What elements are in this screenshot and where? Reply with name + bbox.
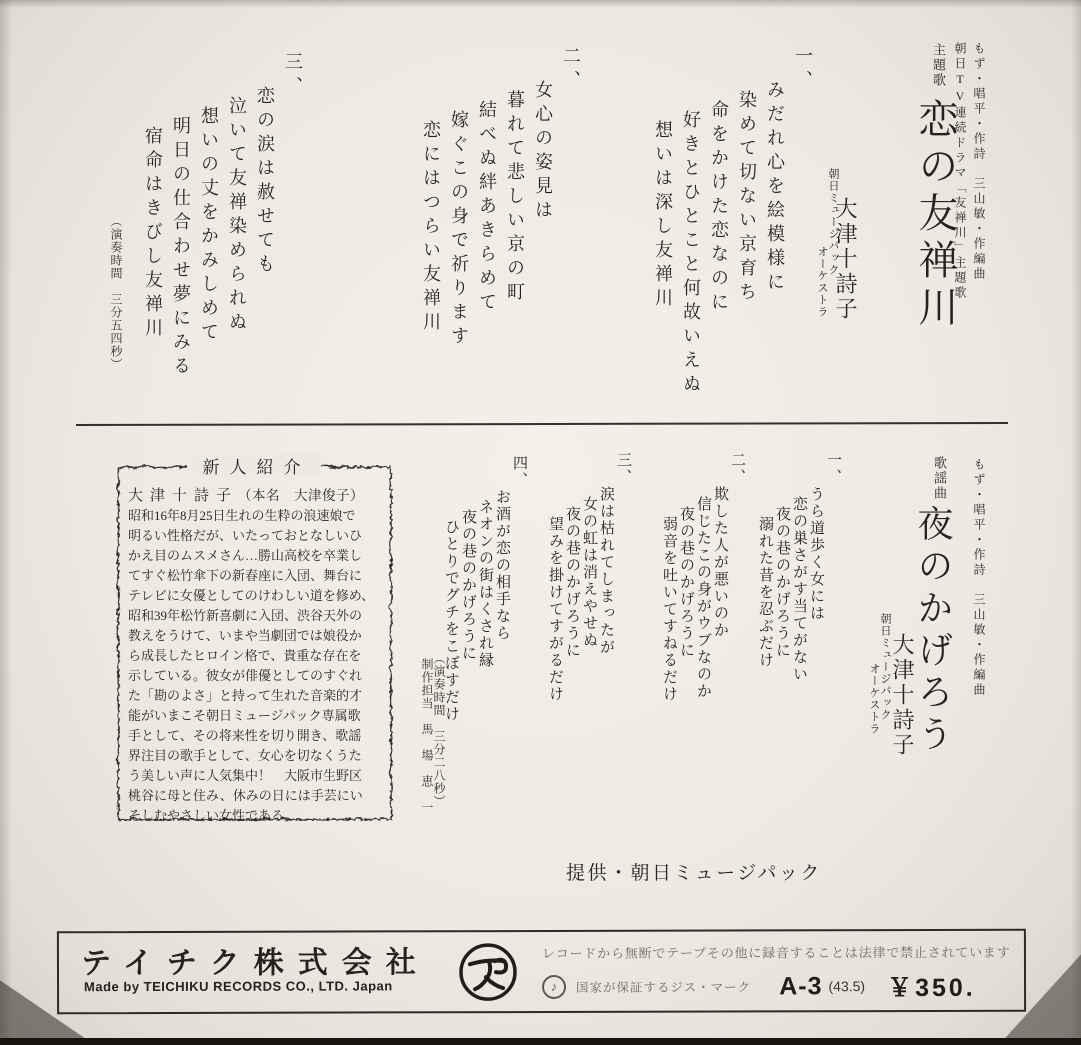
song-b-artist: 大津十詩子 xyxy=(891,633,913,758)
catalog-number: A-3 xyxy=(779,972,822,1001)
lyric-line: 暮れて悲しい京の町 xyxy=(506,90,524,350)
song-b-verse-2: 二、 欺した人が悪いのか 信じたこの身がウブなのか 夜の巷のかげろうに 弱音を吐… xyxy=(659,452,744,703)
lyric-line: 溺れた昔を忍ぶだけ xyxy=(757,516,772,683)
jis-mark-icon: ♪ xyxy=(542,975,566,999)
lyric-line: 明日の仕合わせ夢にみる xyxy=(172,116,190,380)
lyric-line: お酒が恋の相手なら xyxy=(494,489,509,723)
verse-number: 三、 xyxy=(615,452,630,703)
newcomer-line: 示している。彼女が俳優としてのすぐれ xyxy=(128,666,384,686)
newcomer-line: そしむやさしい女性である。 xyxy=(128,806,384,826)
lyric-line: 嫁ぐこの身で祈ります xyxy=(450,110,468,350)
lyric-line: 恋の巣さがす当てがない xyxy=(791,496,806,683)
newcomer-line: かえ目のムスメさん…勝山高校を卒業し xyxy=(128,546,384,566)
teichiku-logo-icon xyxy=(457,941,519,1003)
newcomer-body: 大津十詩子（本名 大津俊子） 昭和16年8月25日生れの生粋の浪速娘で 明るい性… xyxy=(128,486,384,826)
newcomer-line: 手として、その将来性を切り開き、歌謡 xyxy=(128,726,384,746)
newcomer-line: ら成長したヒロイン格で、貴重な存在を xyxy=(128,646,384,666)
lyric-line: 夜の巷のかげろうに xyxy=(774,506,789,683)
newcomer-line: 教えをうけて、いまや当劇団では娘役か xyxy=(128,626,384,646)
newcomer-intro-box: 新人紹介 大津十詩子（本名 大津俊子） 昭和16年8月25日生れの生粋の浪速娘で… xyxy=(113,462,394,822)
song-b-backing-line1: 朝日ミュージパック xyxy=(879,613,890,735)
lyric-line: 染めて切ない京育ち xyxy=(738,90,756,398)
newcomer-line: てすぐ松竹傘下の新春座に入団、舞台に xyxy=(128,566,384,586)
lyric-line: 夜の巷のかげろうに xyxy=(678,506,693,703)
lyric-line: 涙は枯れてしまったが xyxy=(598,486,613,703)
song-b-verse-1: 一、 うら道歩く女には 恋の巣さがす当てがない 夜の巷のかげろうに 溺れた昔を忍… xyxy=(755,452,840,683)
song-a-backing-line1: 朝日ミュージパック xyxy=(827,168,838,318)
lyric-line: 女の虹は消えやせぬ xyxy=(581,496,596,703)
copyright-notice: レコードから無断でテープその他に録音することは法律で禁止されています xyxy=(542,942,1011,962)
lyric-line: 想いの丈をかみしめて xyxy=(200,106,218,380)
record-sleeve-back: もず・唱平・作詩 三山敏・作編曲 朝日TV連続ドラマ「友禅川」主題歌 主題歌 恋… xyxy=(0,0,1081,1045)
verse-number: 一、 xyxy=(794,46,812,398)
newcomer-line: 明るい性格だが、いたっておとなしいひ xyxy=(128,526,384,546)
jis-mark-text: 国家が保証するジス・マーク xyxy=(576,977,751,995)
lyric-line: 結べぬ絆あきらめて xyxy=(478,100,496,350)
price: ￥350. xyxy=(887,968,976,1004)
scan-edge-right xyxy=(1071,0,1081,1045)
song-b-credits: もず・唱平・作詩 三山敏・作編曲 xyxy=(973,458,985,698)
newcomer-line: 昭和39年松竹新喜劇に入団、渋谷天外の xyxy=(128,606,384,626)
song-b-production-notes: （演奏時間 三分二八秒） 制作担当 馬 場 恵 一 xyxy=(412,652,445,814)
company-name-jp: テイチク株式会社 xyxy=(81,937,430,982)
song-b-title: 夜のかげろう xyxy=(915,505,951,757)
song-a-verse-3: 三、 恋の涙は赦せても 泣いて友禅染められぬ 想いの丈をかみしめて 明日の仕合わ… xyxy=(134,52,302,380)
song-a-verse-1: 一、 みだれ心を絵模様に 染めて切ない京育ち 命をかけた恋なのに 好きとひとこと… xyxy=(644,46,812,398)
song-a-credit-writers: もず・唱平・作詩 三山敏・作編曲 xyxy=(973,42,985,301)
lyric-line: 恋にはつらい友禅川 xyxy=(422,120,440,350)
lyric-line: 泣いて友禅染められぬ xyxy=(228,96,246,380)
verse-number: 二、 xyxy=(562,46,580,350)
song-a-genre-label: 主題歌 xyxy=(932,43,945,88)
newcomer-line: た「勘のよさ」と持って生れた音楽的才 xyxy=(128,686,384,706)
newcomer-name-line: 大津十詩子（本名 大津俊子） xyxy=(128,486,384,506)
provider-credit: 提供・朝日ミュージパック xyxy=(566,858,822,885)
lyric-line: 望みを掛けてすがるだけ xyxy=(547,516,562,703)
lyric-line: 夜の巷のかげろうに xyxy=(460,509,475,723)
catalog-subnumber: (43.5) xyxy=(828,978,865,994)
song-a-duration: （演奏時間 三分五四秒） xyxy=(110,215,122,371)
song-a-backing: 朝日ミュージパック オーケストラ xyxy=(813,168,838,318)
verse-number: 四、 xyxy=(511,455,526,723)
song-a-backing-line2: オーケストラ xyxy=(816,246,827,318)
lyric-line: 夜の巷のかげろうに xyxy=(564,506,579,703)
lyric-line: 宿命はきびし友禅川 xyxy=(144,126,162,380)
verse-number: 一、 xyxy=(825,452,840,683)
lyric-line: 女心の姿見は xyxy=(534,80,552,350)
newcomer-line: う美しい声に人気集中！ 大阪市生野区 xyxy=(128,766,384,786)
scan-corner-bottom-right xyxy=(1003,954,1081,1040)
catalog-row: ♪ 国家が保証するジス・マーク A-3 (43.5) ￥350. xyxy=(542,968,976,1005)
lyric-line: 好きとひとこと何故いえぬ xyxy=(682,110,700,398)
verse-number: 二、 xyxy=(729,452,744,703)
song-a-verse-2: 二、 女心の姿見は 暮れて悲しい京の町 結べぬ絆あきらめて 嫁ぐこの身で祈ります… xyxy=(412,46,580,350)
song-b-verse-4: 四、 お酒が恋の相手なら ネオンの街はくされ縁 夜の巷のかげろうに ひとりでグチ… xyxy=(441,455,526,723)
company-name-en: Made by TEICHIKU RECORDS CO., LTD. Japan xyxy=(84,978,393,994)
lyric-line: うら道歩く女には xyxy=(808,486,823,683)
lyric-line: ネオンの街はくされ縁 xyxy=(477,499,492,723)
verse-number: 三、 xyxy=(284,52,302,380)
scan-edge-left xyxy=(0,0,12,1045)
newcomer-title: 新人紹介 xyxy=(187,453,321,478)
song-b-producer: 制作担当 馬 場 恵 一 xyxy=(421,658,433,814)
lyric-line: みだれ心を絵模様に xyxy=(766,80,784,398)
lyric-line: 信じたこの身がウブなのか xyxy=(695,496,710,703)
newcomer-line: 界注目の歌手として、女心を切なくうた xyxy=(128,746,384,766)
newcomer-line: 能がいまこそ朝日ミュージパック専属歌 xyxy=(128,706,384,726)
newcomer-line: 桃谷に母と住み、休みの日には手芸にい xyxy=(128,786,384,806)
scan-edge-top xyxy=(0,0,1081,8)
lyric-line: 命をかけた恋なのに xyxy=(710,100,728,398)
lyric-line: 欺した人が悪いのか xyxy=(712,486,727,703)
scan-strip-bottom xyxy=(0,1038,1081,1045)
song-a-title: 恋の友禅川 xyxy=(915,98,955,333)
lyric-line: 想いは深し友禅川 xyxy=(654,120,672,398)
song-b-verse-3: 三、 涙は枯れてしまったが 女の虹は消えやせぬ 夜の巷のかげろうに 望みを掛けて… xyxy=(545,452,630,703)
song-b-backing: 朝日ミュージパック オーケストラ xyxy=(865,613,890,735)
song-b-duration: （演奏時間 三分二八秒） xyxy=(433,652,445,814)
newcomer-line: テレビに女優としてのけわしい道を修め、 xyxy=(128,586,384,606)
label-footer-bar: テイチク株式会社 Made by TEICHIKU RECORDS CO., L… xyxy=(57,929,1026,1015)
scan-corner-bottom-left xyxy=(0,980,88,1040)
lyric-line: 恋の涙は赦せても xyxy=(256,86,274,380)
section-divider xyxy=(76,422,1008,426)
newcomer-line: 昭和16年8月25日生れの生粋の浪速娘で xyxy=(128,506,384,526)
song-b-genre-label: 歌謡曲 xyxy=(933,456,946,501)
song-b-backing-line2: オーケストラ xyxy=(868,663,879,735)
lyric-line: 弱音を吐いてすねるだけ xyxy=(661,516,676,703)
